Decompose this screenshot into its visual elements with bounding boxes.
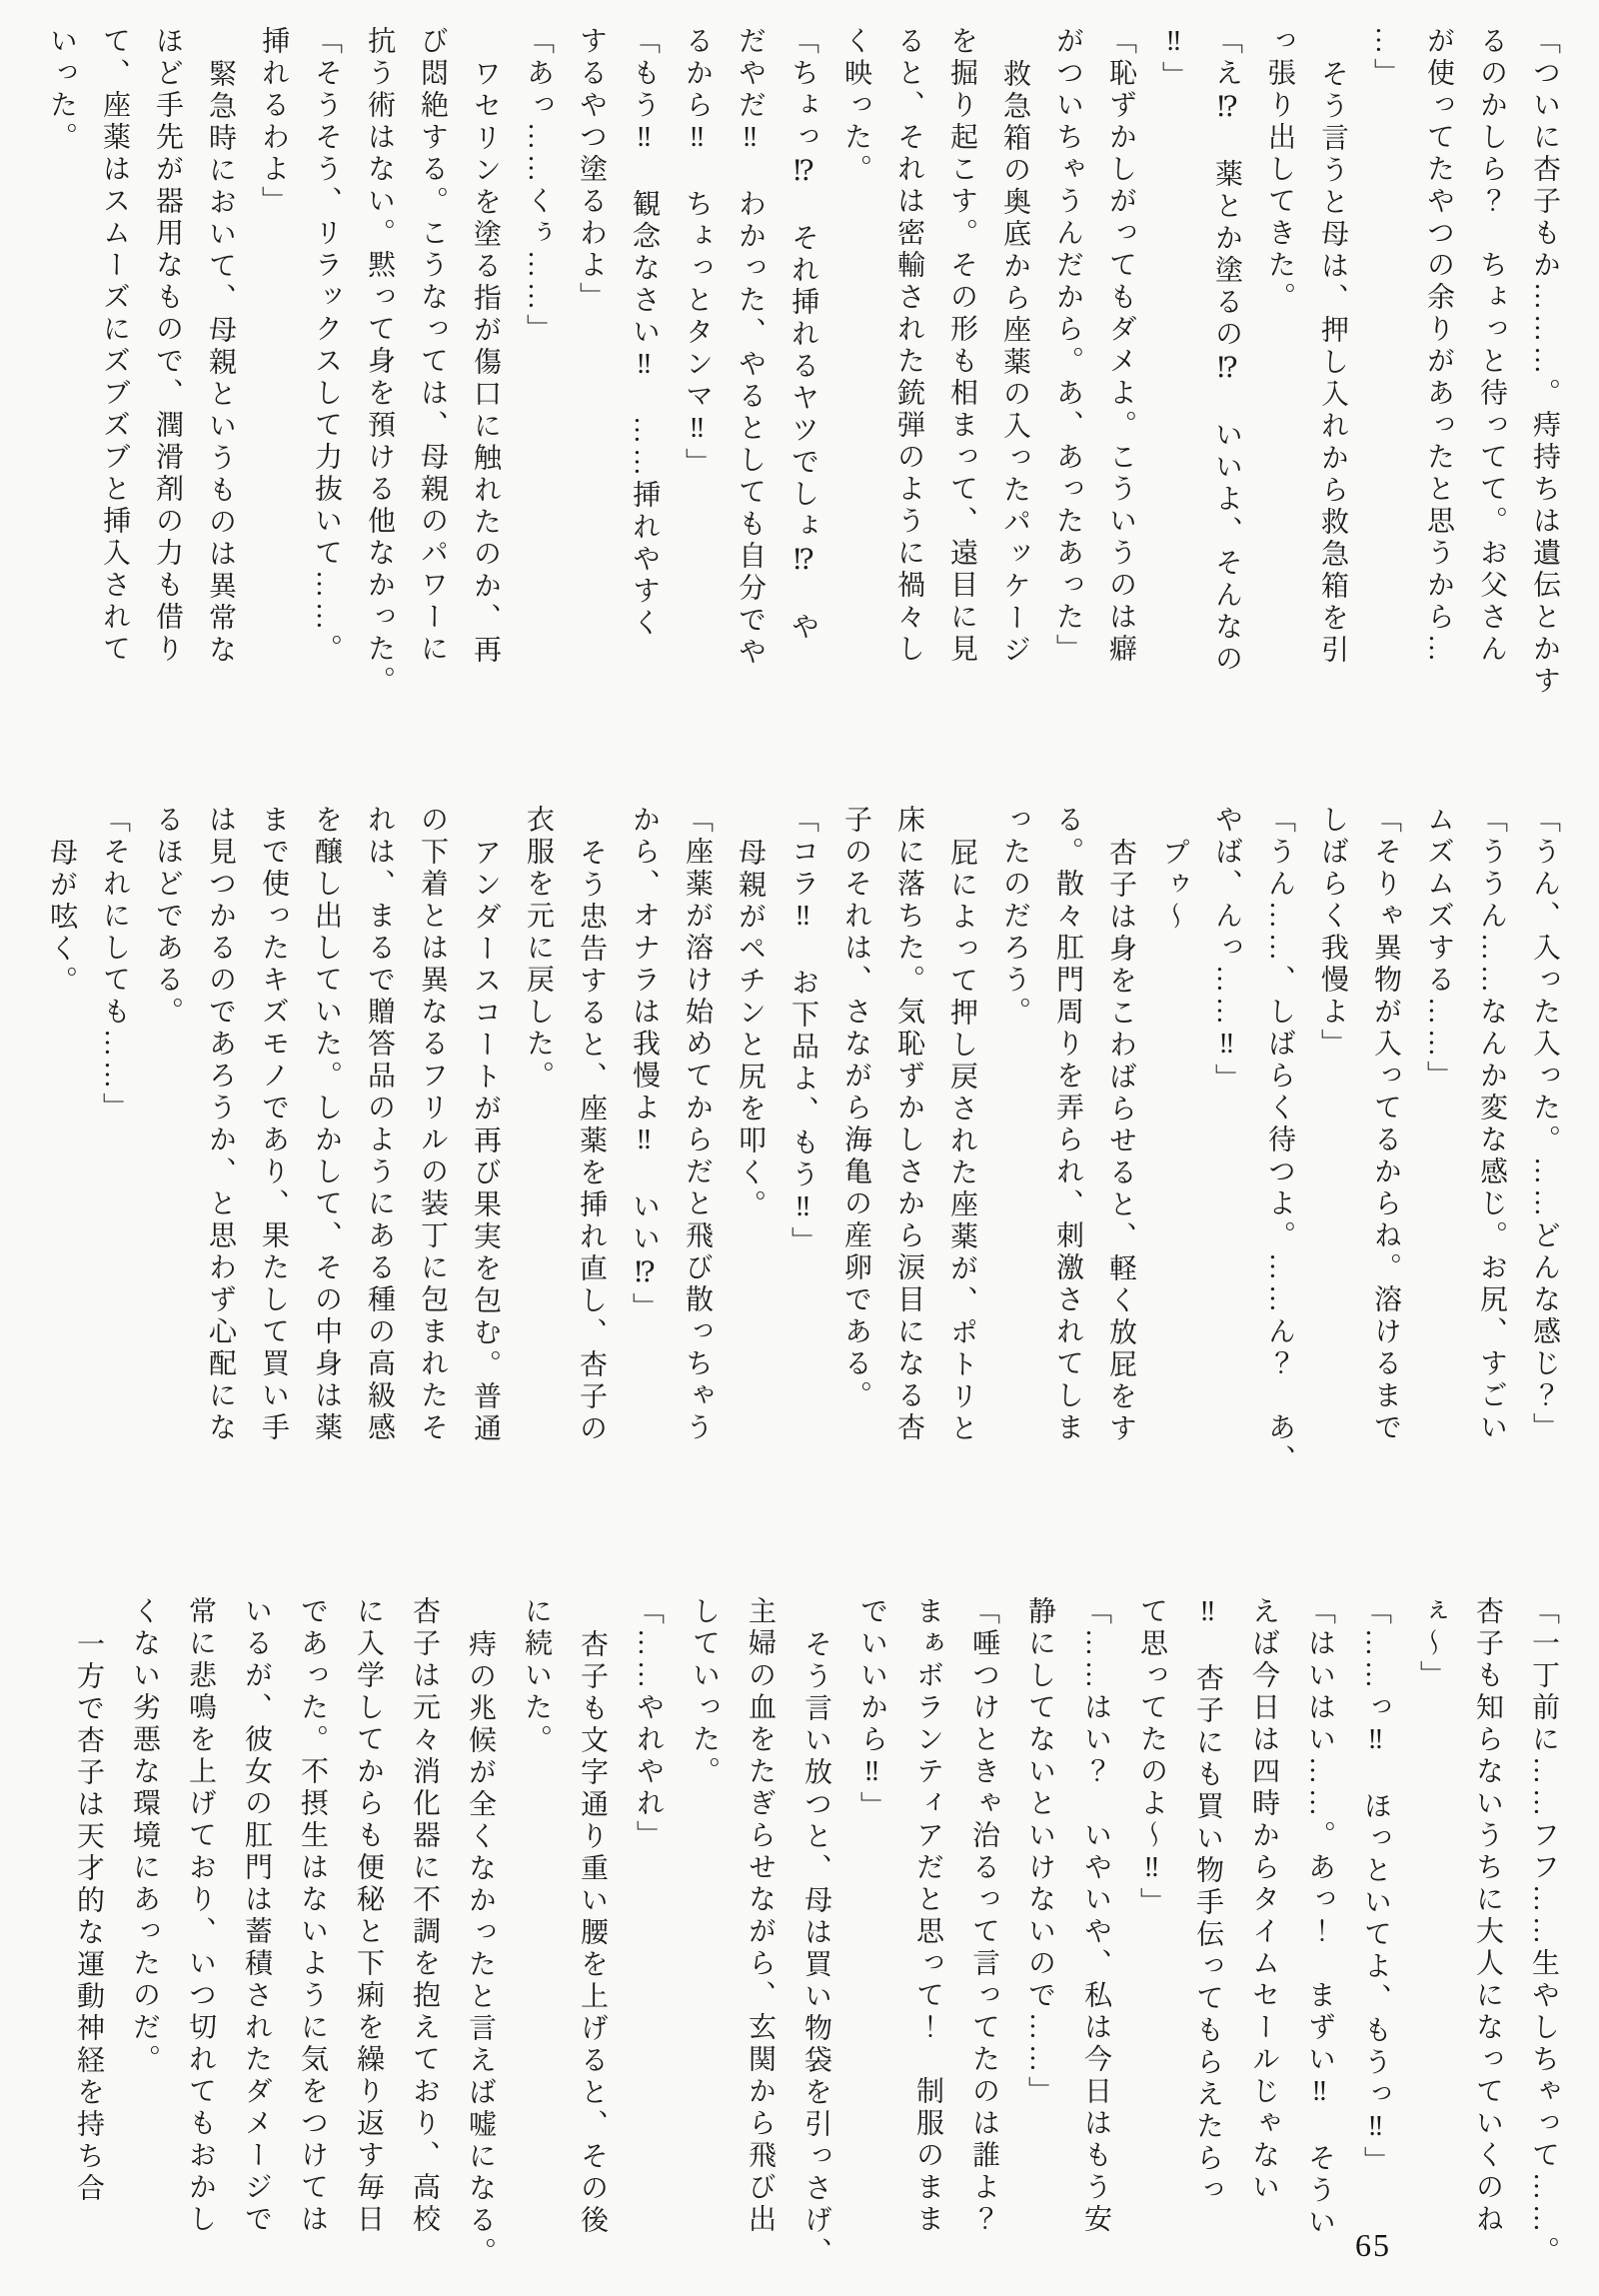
text-column: を掘り起こす。その形も相まって、遠目に見	[935, 26, 988, 731]
text-column: 一方で杏子は天才的な運動神経を持ち合	[60, 1596, 116, 2296]
text-column: 子のそれは、さながら海亀の産卵である。	[829, 805, 882, 1509]
text-column: ほど手先が器用なもので、潤滑剤の力も借り	[141, 26, 194, 731]
text-column: 緊急時において、母親というものは異常な	[194, 26, 247, 731]
text-column: 抗う術はない。黙って身を預ける他なかった。	[353, 26, 406, 731]
text-column: 「一丁前に……フフ……生やしちゃって……。	[1515, 1596, 1571, 2296]
text-column: 「え⁉ 薬とか塗るの⁉ いいよ、そんなの	[1200, 26, 1253, 731]
text-column: まで使ったキズモノであり、果たして買い手	[247, 805, 300, 1509]
text-column: 静にしてないといけないので……」	[1011, 1596, 1067, 2296]
text-column: ムズムズする……」	[1412, 805, 1465, 1509]
text-column: ると、それは密輸された銃弾のように禍々し	[882, 26, 935, 731]
text-column: 「もう‼ 観念なさい‼ ……挿れやすく	[618, 26, 671, 731]
text-column: 「ついに杏子もか………。痔持ちは遺伝とかす	[1518, 26, 1571, 731]
text-column: そう言うと母は、押し入れから救急箱を引	[1306, 26, 1359, 731]
text-column: れは、まるで贈答品のようにある種の高級感	[353, 805, 406, 1509]
text-column: 「うん、入った入った。……どんな感じ？」	[1518, 805, 1571, 1509]
text-column: るから‼ ちょっとタンマ‼」	[671, 26, 724, 731]
text-column: であった。不摂生はないように気をつけては	[284, 1596, 340, 2296]
text-column: そう忠告すると、座薬を挿れ直し、杏子の	[565, 805, 618, 1509]
text-column: るほどである。	[141, 805, 194, 1509]
text-column: 「うん……、しばらく待つよ。……ん？ あ、	[1253, 805, 1306, 1509]
text-column: 屁によって押し戻された座薬が、ポトリと	[935, 805, 988, 1509]
text-column: ‼ 杏子にも買い物手伝ってもらえたらっ	[1179, 1596, 1235, 2296]
text-column: の下着とは異なるフリルの装丁に包まれたそ	[406, 805, 459, 1509]
text-column: く映った。	[829, 26, 882, 731]
text-band-middle: 「うん、入った入った。……どんな感じ？」「ううん……なんか変な感じ。お尻、すごい…	[30, 805, 1571, 1509]
text-column: 救急箱の奥底から座薬の入ったパッケージ	[988, 26, 1041, 731]
text-column: まぁボランティアだと思って！ 制服のまま	[899, 1596, 955, 2296]
text-column: いるが、彼女の肛門は蓄積されたダメージで	[228, 1596, 284, 2296]
text-column: 母親がペチンと尻を叩く。	[724, 805, 777, 1509]
text-column: 「コラ‼ お下品よ、もう‼」	[777, 805, 829, 1509]
text-column: …」	[1359, 26, 1412, 731]
text-column: が使ってたやつの余りがあったと思うから…	[1412, 26, 1465, 731]
text-column: 杏子も知らないうちに大人になっていくのね	[1459, 1596, 1515, 2296]
text-column: ったのだろう。	[988, 805, 1041, 1509]
text-column: に入学してからも便秘と下痢を繰り返す毎日	[340, 1596, 396, 2296]
text-column: 「ううん……なんか変な感じ。お尻、すごい	[1465, 805, 1518, 1509]
text-column: がついちゃうんだから。あ、あったあった」	[1041, 26, 1094, 731]
text-column: 挿れるわよ」	[247, 26, 300, 731]
text-column: 「……っ‼ ほっといてよ、もうっ‼」	[1347, 1596, 1403, 2296]
text-column: 「あっ……くぅ……」	[512, 26, 565, 731]
text-column: 常に悲鳴を上げており、いつ切れてもおかし	[172, 1596, 228, 2296]
text-column: 「そりゃ異物が入ってるからね。溶けるまで	[1359, 805, 1412, 1509]
text-column: から、オナラは我慢よ‼ いい⁉」	[618, 805, 671, 1509]
text-column: 「はいはい……。あっ！ まずい‼ そうい	[1291, 1596, 1347, 2296]
text-column: 「恥ずかしがってもダメよ。こういうのは癖	[1094, 26, 1147, 731]
text-column: て、座薬はスムーズにズブズブと挿入されて	[88, 26, 141, 731]
text-column: するやつ塗るわよ」	[565, 26, 618, 731]
text-column: そう言い放つと、母は買い物袋を引っさげ、	[788, 1596, 843, 2296]
text-column: アンダースコートが再び果実を包む。普通	[459, 805, 512, 1509]
text-column: 「座薬が溶け始めてからだと飛び散っちゃう	[671, 805, 724, 1509]
text-column: ‼」	[1147, 26, 1200, 731]
text-column: ワセリンを塗る指が傷口に触れたのか、再	[459, 26, 512, 731]
text-column: 床に落ちた。気恥ずかしさから涙目になる杏	[882, 805, 935, 1509]
text-column: でいいから‼」	[843, 1596, 899, 2296]
text-column: しばらく我慢よ」	[1306, 805, 1359, 1509]
text-column: ぇ〜」	[1403, 1596, 1459, 2296]
text-column: 「唾つけときゃ治るって言ってたのは誰よ？	[955, 1596, 1011, 2296]
text-column: っ張り出してきた。	[1253, 26, 1306, 731]
text-column: 杏子は元々消化器に不調を抱えており、高校	[396, 1596, 452, 2296]
text-column: 衣服を元に戻した。	[512, 805, 565, 1509]
text-column: 主婦の血をたぎらせながら、玄関から飛び出	[732, 1596, 788, 2296]
text-column: していった。	[676, 1596, 732, 2296]
text-column: 「……はい？ いやいや、私は今日はもう安	[1067, 1596, 1123, 2296]
text-column: び悶絶する。こうなっては、母親のパワーに	[406, 26, 459, 731]
text-column: 痔の兆候が全くなかったと言えば嘘になる。	[452, 1596, 508, 2296]
text-column: るのかしら？ ちょっと待ってて。お父さん	[1465, 26, 1518, 731]
text-column: プゥ〜	[1147, 805, 1200, 1509]
page-number: 65	[1355, 2227, 1391, 2264]
text-column: いった。	[35, 26, 88, 731]
book-page: 「ついに杏子もか………。痔持ちは遺伝とかするのかしら？ ちょっと待ってて。お父さ…	[0, 0, 1599, 2296]
text-band-top: 「ついに杏子もか………。痔持ちは遺伝とかするのかしら？ ちょっと待ってて。お父さ…	[30, 26, 1571, 731]
text-column: 「……やれやれ」	[620, 1596, 676, 2296]
text-column: 母が呟く。	[35, 805, 88, 1509]
text-column: やば、んっ……‼」	[1200, 805, 1253, 1509]
text-column: えば今日は四時からタイムセールじゃない	[1235, 1596, 1291, 2296]
text-column: くない劣悪な環境にあったのだ。	[116, 1596, 172, 2296]
text-column: に続いた。	[508, 1596, 564, 2296]
text-column: て思ってたのよ〜‼」	[1123, 1596, 1179, 2296]
text-column: 「そうそう、リラックスして力抜いて……。	[300, 26, 353, 731]
text-column: 杏子は身をこわばらせると、軽く放屁をす	[1094, 805, 1147, 1509]
text-column: 「ちょっ⁉ それ挿れるヤツでしょ⁉ や	[777, 26, 829, 731]
text-column: だやだ‼ わかった、やるとしても自分でや	[724, 26, 777, 731]
text-column: る。散々肛門周りを弄られ、刺激されてしま	[1041, 805, 1094, 1509]
text-column: を醸し出していた。しかして、その中身は薬	[300, 805, 353, 1509]
text-column: 杏子も文字通り重い腰を上げると、その後	[564, 1596, 620, 2296]
text-column: は見つかるのであろうか、と思わず心配にな	[194, 805, 247, 1509]
text-column: 「それにしても……」	[88, 805, 141, 1509]
text-band-bottom: 「一丁前に……フフ……生やしちゃって……。杏子も知らないうちに大人になっていくの…	[30, 1596, 1571, 2296]
